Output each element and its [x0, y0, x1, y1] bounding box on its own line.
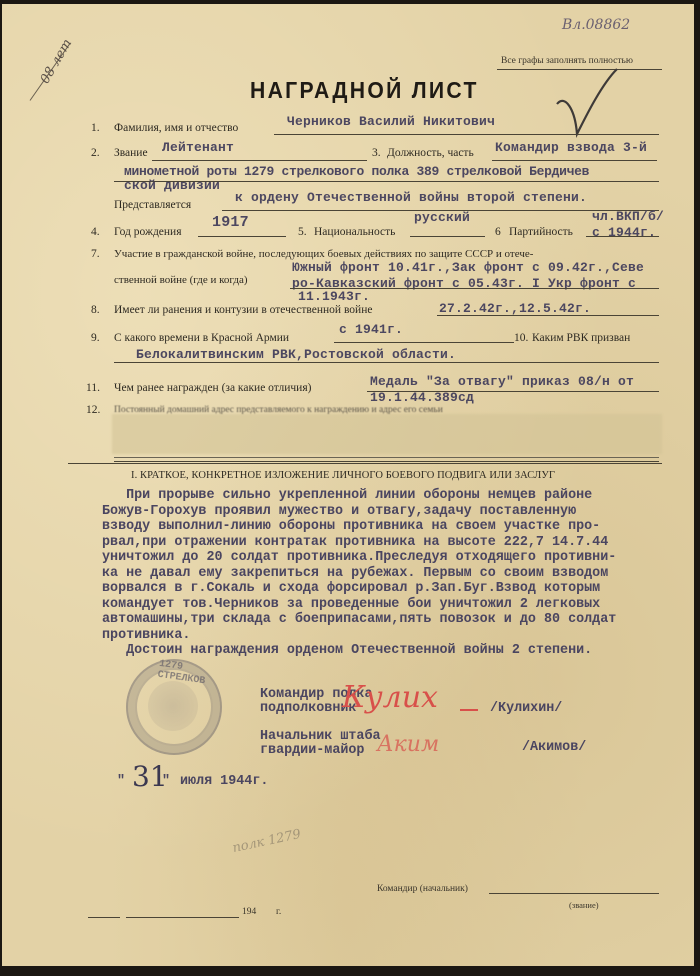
field-4-line — [198, 236, 286, 237]
section-divider-top — [114, 457, 659, 458]
footer-year: 194 — [242, 907, 256, 917]
field-1-number: 1. — [91, 122, 100, 134]
field-6-value-line2: с 1944г. — [592, 225, 656, 240]
field-11-value-line1: Медаль "За отвагу" приказ 08/н от — [370, 374, 634, 389]
field-10-value: Белокалитвинским РВК,Ростовской области. — [136, 347, 456, 362]
field-3-value-line3: ской дивизии — [124, 178, 220, 193]
field-2-value: Лейтенант — [162, 140, 234, 155]
chief-name: /Акимов/ — [522, 740, 586, 756]
field-6-line — [586, 236, 659, 237]
narrative-line: При прорыве сильно укрепленной линии обо… — [102, 488, 616, 504]
chief-signature: Аким — [377, 732, 439, 757]
field-4-label: Год рождения — [114, 226, 182, 238]
unit-stamp: 1279 СТРЕЛКОВ — [126, 659, 222, 755]
field-12-redacted-area — [112, 414, 662, 454]
footer-commander-label: Командир (начальник) — [377, 884, 468, 894]
award-sheet: Вл.08862 08 лет Все графы заполнять полн… — [2, 4, 694, 966]
field-9-value: с 1941г. — [339, 322, 403, 337]
narrative-line: Божув-Горохув проявил мужество и отвагу,… — [102, 504, 616, 520]
field-8-number: 8. — [91, 304, 100, 316]
field-5-line — [410, 236, 485, 237]
field-3-value-line1: Командир взвода 3-й — [495, 140, 647, 155]
field-1-value: Черников Василий Никитович — [287, 114, 495, 129]
merit-narrative: При прорыве сильно укрепленной линии обо… — [102, 488, 616, 659]
commander-signature: Кулих — [342, 680, 438, 715]
signature-dash — [460, 709, 478, 711]
date-quote-open: " — [117, 774, 125, 790]
field-5-label: Национальность — [314, 226, 395, 238]
chief-title-line2: гвардии-майор — [260, 743, 364, 759]
footer-day-line — [88, 917, 120, 918]
narrative-line: уничтожил до 20 солдат противника.Пресле… — [102, 550, 616, 566]
field-6-value-line1: чл.ВКП/б/ — [592, 209, 664, 224]
section-divider — [68, 463, 662, 464]
field-2-number: 2. — [91, 147, 100, 159]
field-2-line — [152, 160, 367, 161]
field-1-line — [274, 134, 659, 135]
narrative-line: Достоин награждения орденом Отечественно… — [102, 643, 616, 659]
field-9-number: 9. — [91, 332, 100, 344]
field-11-label: Чем ранее награжден (за какие отличия) — [114, 382, 311, 394]
field-10-label: Каким РВК призван — [532, 332, 630, 344]
field-8-line — [437, 315, 659, 316]
field-10-number: 10. — [514, 332, 528, 344]
field-7-value-line3: 11.1943г. — [298, 289, 370, 304]
page-title: НАГРАДНОЙ ЛИСТ — [250, 77, 479, 104]
field-9-line — [334, 342, 514, 343]
footer-year-suffix: г. — [276, 907, 281, 917]
field-3-value-line2: минометной роты 1279 стрелкового полка 3… — [124, 164, 589, 179]
field-5-number: 5. — [298, 226, 307, 238]
field-7-label-line1: Участие в гражданской войне, последующих… — [114, 248, 533, 260]
field-7-value-line1: Южный фронт 10.41г.,Зак фронт с 09.42г.,… — [292, 260, 644, 275]
commander-name: /Кулихин/ — [490, 701, 562, 717]
narrative-line: взводу выполнил-линию обороны противника… — [102, 519, 616, 535]
archive-number: Вл.08862 — [562, 17, 630, 33]
field-11-number: 11. — [86, 382, 100, 394]
narrative-line: рвал,при отражении контратак противника … — [102, 535, 616, 551]
date-quote-close: " — [162, 774, 170, 790]
field-8-label: Имеет ли ранения и контузии в отечествен… — [114, 304, 372, 316]
stamp-emblem — [148, 681, 198, 731]
narrative-line: ворвался в г.Сокаль и схода форсировал р… — [102, 581, 616, 597]
pencil-note: полк 1279 — [231, 827, 302, 856]
field-10-line — [114, 362, 659, 363]
footer-rank-caption: (звание) — [569, 900, 599, 910]
field-11-value-line2: 19.1.44.389сд — [370, 390, 474, 405]
field-1-label: Фамилия, имя и отчество — [114, 122, 238, 134]
narrative-line: противника. — [102, 628, 616, 644]
narrative-line: ка не давал ему закрепиться на рубежах. … — [102, 566, 616, 582]
field-2-label: Звание — [114, 147, 148, 159]
field-7-number: 7. — [91, 248, 100, 260]
footer-commander-line — [489, 893, 659, 894]
field-6-label: Партийность — [509, 226, 573, 238]
footer-month-line — [126, 917, 239, 918]
field-7-label-line2: ственной войне (где и когда) — [114, 274, 248, 286]
section-heading: I. КРАТКОЕ, КОНКРЕТНОЕ ИЗЛОЖЕНИЕ ЛИЧНОГО… — [131, 470, 555, 481]
field-9-label: С какого времени в Красной Армии — [114, 332, 289, 344]
narrative-line: командует тов.Черников за проведенные бо… — [102, 597, 616, 613]
field-6-number: 6 — [495, 226, 501, 238]
field-4-value: 1917 — [212, 214, 249, 231]
field-5-value: русский — [414, 210, 470, 225]
presented-value: к ордену Отечественной войны второй степ… — [235, 190, 587, 205]
field-8-value: 27.2.42г.,12.5.42г. — [439, 301, 591, 316]
field-3-label: Должность, часть — [387, 147, 474, 159]
presented-label: Представляется — [114, 199, 191, 211]
field-12-number: 12. — [86, 404, 100, 416]
field-12-line — [114, 461, 659, 462]
field-4-number: 4. — [91, 226, 100, 238]
field-3-number: 3. — [372, 147, 381, 159]
date-rest: июля 1944г. — [180, 774, 268, 790]
margin-note: 08 лет — [38, 37, 75, 87]
field-3-line — [492, 160, 657, 161]
narrative-line: автомашины,три склада с боеприпасами,пят… — [102, 612, 616, 628]
